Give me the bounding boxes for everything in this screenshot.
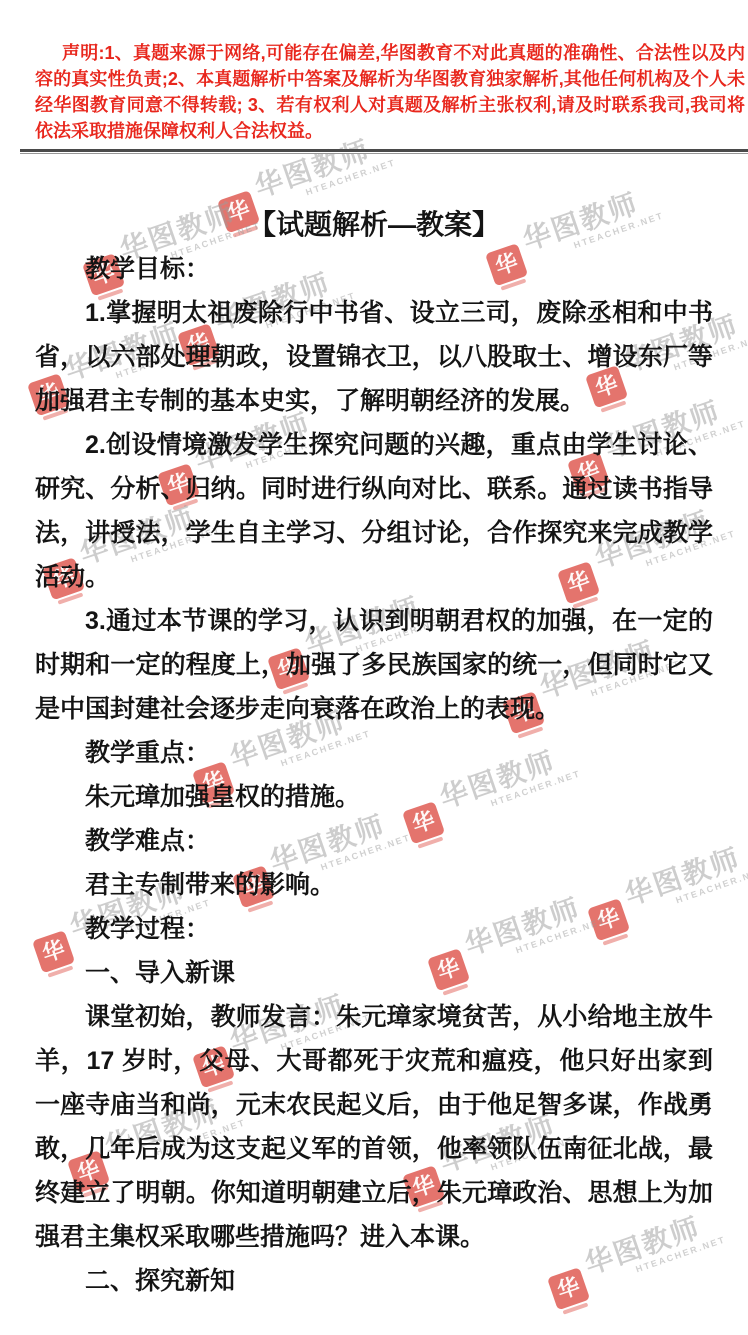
paragraph: 二、探究新知 [35,1259,713,1303]
watermark-domain-text: HTEACHER.NET [305,158,397,197]
document-body: 【试题解析—教案】 教学目标：1.掌握明太祖废除行中书省、设立三司，废除丞相和中… [35,203,713,1303]
huatu-logo-caption-bar [562,1302,588,1314]
paragraph: 3.通过本节课的学习，认识到明朝君权的加强，在一定的时期和一定的程度上，加强了多… [35,599,713,731]
disclaimer-text: 1、真题来源于网络,可能存在偏差,华图教育不对此真题的准确性、合法性以及内容的真… [35,43,745,141]
disclaimer: 声明:1、真题来源于网络,可能存在偏差,华图教育不对此真题的准确性、合法性以及内… [35,40,745,144]
paragraph: 一、导入新课 [35,951,713,995]
paragraph: 教学过程： [35,907,713,951]
header-separator-line [20,149,748,154]
paragraph: 1.掌握明太祖废除行中书省、设立三司，废除丞相和中书省，以六部处理朝政，设置锦衣… [35,291,713,423]
paragraph-list: 教学目标：1.掌握明太祖废除行中书省、设立三司，废除丞相和中书省，以六部处理朝政… [35,247,713,1303]
paragraph: 教学重点： [35,731,713,775]
scanned-document-page: { "disclaimer": { "label": "声明:", "text"… [0,0,748,1335]
paragraph: 2.创设情境激发学生探究问题的兴趣，重点由学生讨论、研究、分析、归纳。同时进行纵… [35,423,713,599]
document-title: 【试题解析—教案】 [35,203,713,247]
paragraph: 教学难点： [35,819,713,863]
paragraph: 教学目标： [35,247,713,291]
paragraph: 君主专制带来的影响。 [35,863,713,907]
paragraph: 朱元璋加强皇权的措施。 [35,775,713,819]
disclaimer-label: 声明: [62,43,104,63]
paragraph: 课堂初始，教师发言：朱元璋家境贫苦，从小给地主放牛羊，17 岁时，父母、大哥都死… [35,995,713,1259]
